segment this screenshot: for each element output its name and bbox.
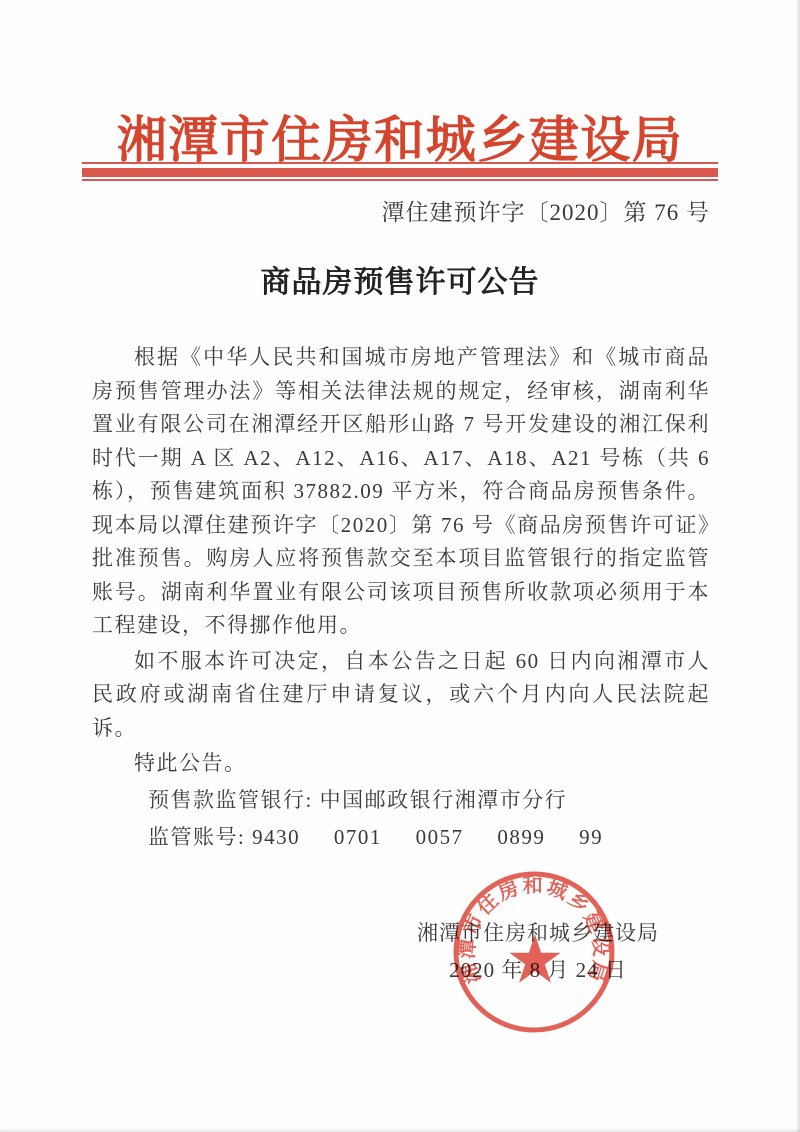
page-title: 商品房预售许可公告 (0, 257, 800, 301)
body-paragraph-2: 如不服本许可决定，自本公告之日起 60 日内向湘潭市人民政府或湖南省住建厅申请复… (92, 645, 710, 746)
account-group-1: 9430 (252, 825, 300, 849)
letterhead-rule-thin-bottom (82, 179, 718, 181)
body-text: 根据《中华人民共和国城市房地产管理法》和《城市商品房预售管理办法》等相关法律法规… (92, 341, 710, 781)
document-reference-number: 潭住建预许字〔2020〕第 76 号 (382, 194, 711, 227)
account-label: 监管账号: (148, 825, 252, 849)
account-group-3: 0057 (416, 825, 464, 849)
letterhead-rule (82, 162, 718, 181)
supervision-bank-line: 预售款监管银行: 中国邮政银行湘潭市分行 (92, 782, 710, 819)
letterhead-rule-thick (82, 168, 718, 177)
account-group-2: 0701 (334, 825, 382, 849)
body-paragraph-3: 特此公告。 (92, 747, 710, 781)
bank-info-block: 预售款监管银行: 中国邮政银行湘潭市分行 监管账号: 9430 0701 005… (92, 782, 710, 856)
signature-date: 2020 年 8 月 24 日 (385, 954, 691, 987)
account-group-5: 99 (579, 825, 603, 849)
document-page: 湘潭市住房和城乡建设局 潭住建预许字〔2020〕第 76 号 商品房预售许可公告… (0, 0, 800, 1132)
account-group-4: 0899 (497, 825, 545, 849)
signature-block: 湘潭市住房和城乡建设局 2020 年 8 月 24 日 (385, 917, 691, 987)
body-paragraph-1: 根据《中华人民共和国城市房地产管理法》和《城市商品房预售管理办法》等相关法律法规… (92, 341, 710, 643)
signature-agency-name: 湘潭市住房和城乡建设局 (385, 917, 691, 950)
supervision-account-line: 监管账号: 9430 0701 0057 0899 99 (92, 819, 710, 856)
